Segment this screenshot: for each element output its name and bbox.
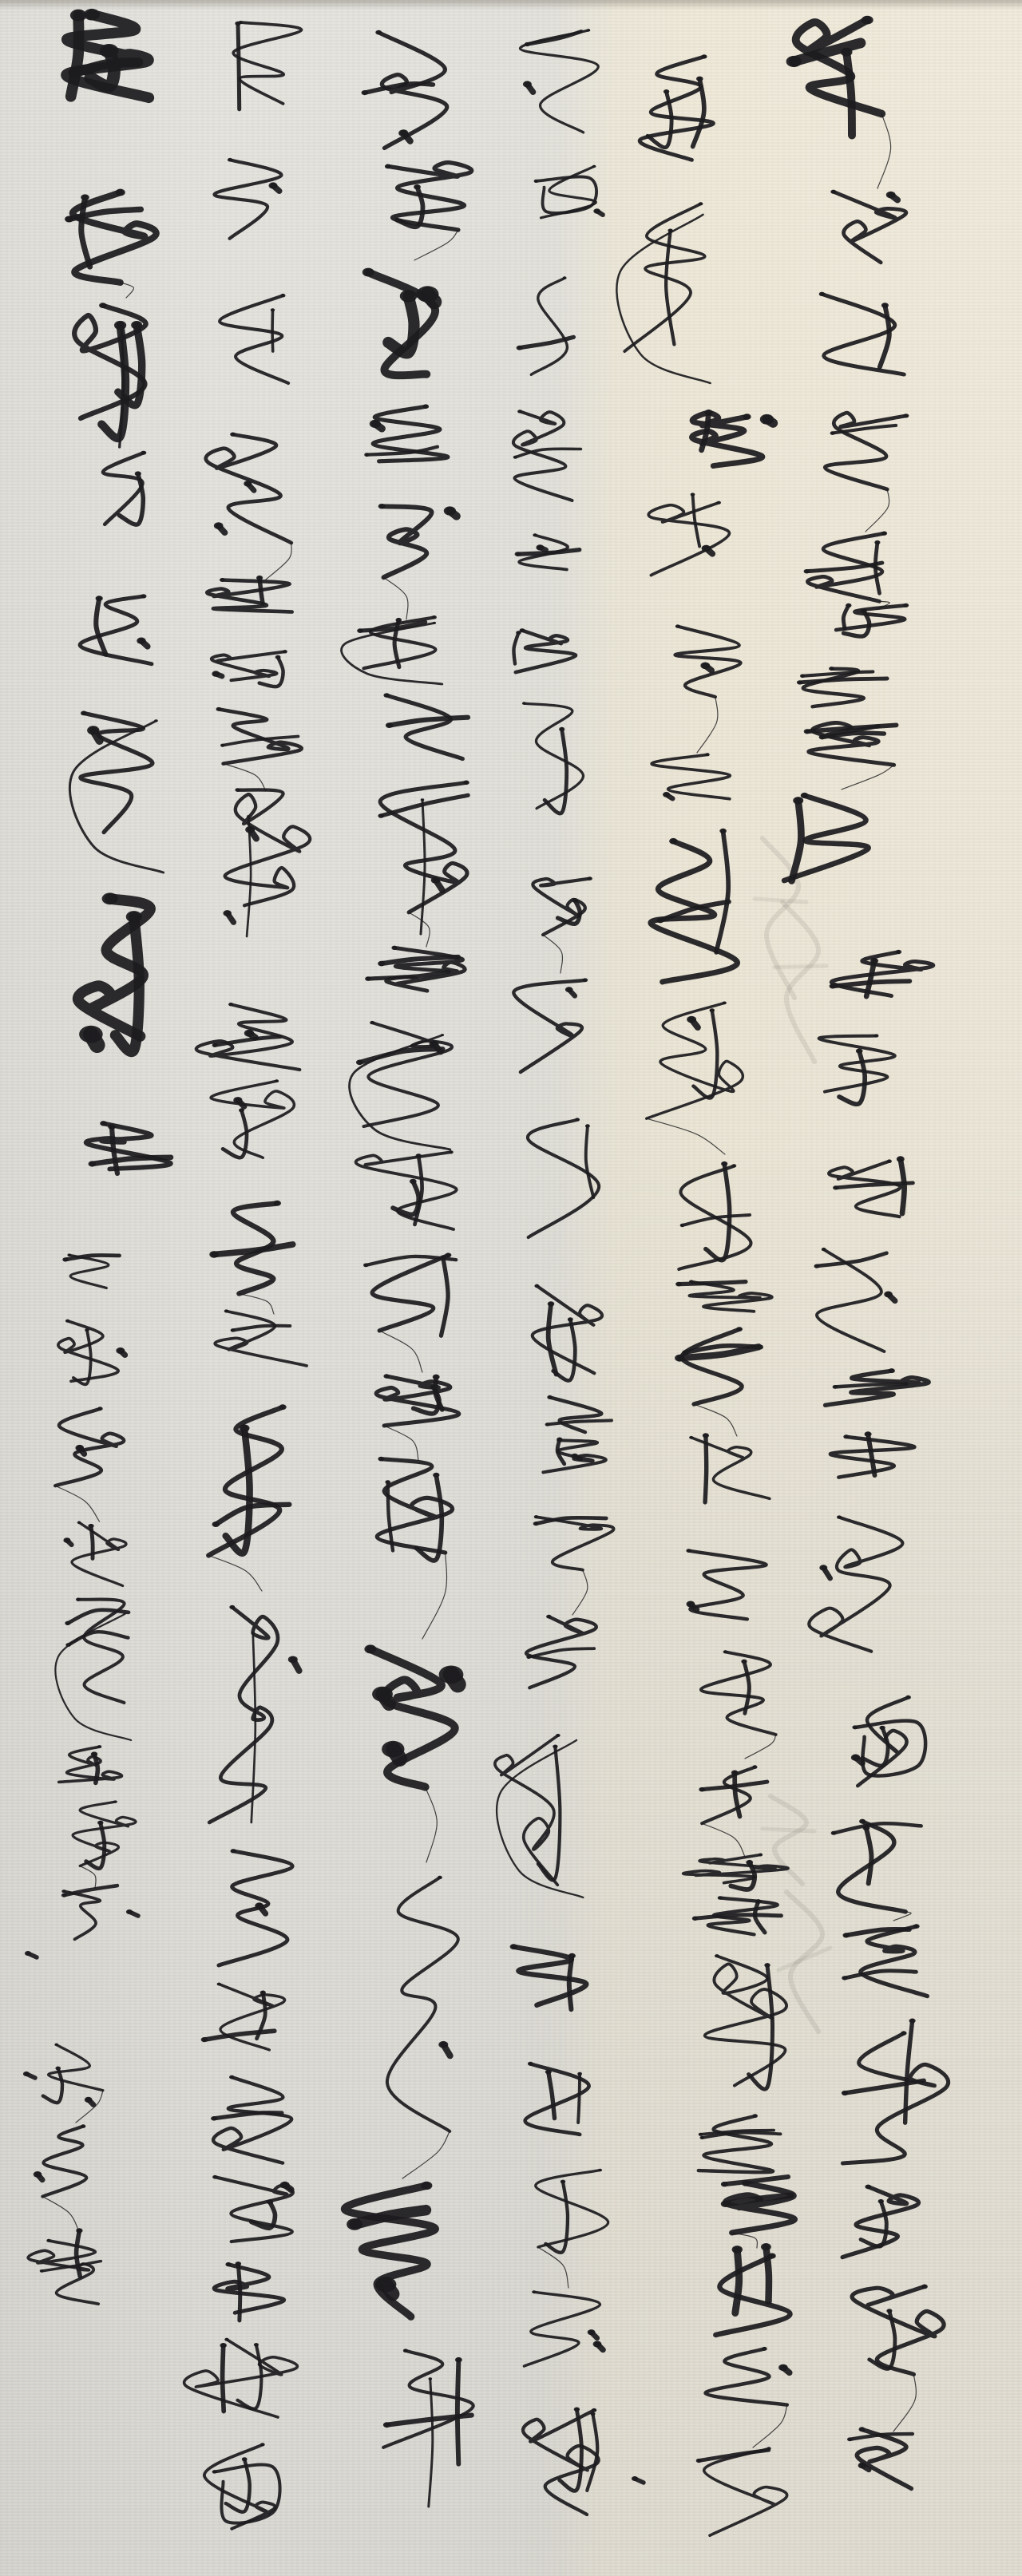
- poem-column-2: 碧透百舸争流鹰击长空鱼翔浅底万类霜天竞自由怅寥: [639, 48, 743, 2554]
- column-text: 方遒指点江山激扬文字粪土当年万户侯曾记否到: [204, 16, 307, 2530]
- poem-column-5: 方遒指点江山激扬文字粪土当年万户侯曾记否到: [204, 16, 307, 2538]
- brush-entry-blot: [25, 1951, 31, 1956]
- column-text: 廓问苍茫大地谁主沉浮携来百侣曾游忆往昔峥嵘: [504, 14, 607, 2511]
- brush-entry-blot: [746, 1860, 753, 1865]
- brush-entry-blot: [463, 781, 469, 785]
- brush-entry-blot: [759, 1854, 763, 1857]
- brush-entry-blot: [632, 2476, 638, 2481]
- column-text: 独立寒秋湘江北去橘子洲头看万山红遍层林尽染漫江: [799, 16, 902, 2495]
- poem-subtitle: 长沙: [56, 1517, 140, 1740]
- brush-entry-blot: [743, 414, 751, 420]
- brush-entry-blot: [909, 2019, 916, 2024]
- poem-author: 毛泽东: [56, 1743, 132, 1960]
- brush-entry-blot: [761, 2243, 771, 2250]
- brush-entry-blot: [762, 2347, 767, 2351]
- poem-column-3: 廓问苍茫大地谁主沉浮携来百侣曾游忆往昔峥嵘: [503, 14, 607, 2516]
- poem-column-1: 独立寒秋湘江北去橘子洲头看万山红遍层林尽染漫江: [798, 16, 902, 2499]
- brush-entry-blot: [903, 414, 909, 417]
- brush-entry-blot: [903, 603, 909, 607]
- brush-entry-blot: [764, 1963, 770, 1967]
- brush-entry-blot: [921, 2285, 928, 2289]
- ink-stroke: [766, 2247, 769, 2301]
- calligraphy-scroll: 独立寒秋湘江北去橘子洲头看万山红遍层林尽染漫江 碧透百舸争流鹰击长空鱼翔浅底万类…: [0, 0, 1022, 2576]
- brush-entry-blot: [913, 1924, 920, 1929]
- brush-entry-blot: [752, 1765, 757, 1769]
- brush-entry-blot: [778, 2364, 788, 2371]
- ink-stroke: [753, 2405, 787, 2447]
- author-text: 毛泽东: [63, 1743, 132, 1958]
- column-text: 岁月稠恰同学少年风华正茂书生意气挥斥: [360, 16, 463, 2502]
- subtitle-text: 长沙: [62, 1517, 140, 1740]
- poem-title: 沁园春: [56, 1251, 132, 1495]
- calligrapher-inscription: 怀伟书: [28, 2036, 112, 2310]
- brush-entry-blot: [905, 1696, 911, 1700]
- ink-stroke: [744, 1661, 749, 1713]
- poem-column-4: 岁月稠恰同学少年风华正茂书生意气挥斥: [359, 16, 463, 2507]
- brush-entry-blot: [752, 2114, 758, 2118]
- column-text: 中流击水浪遏飞舟: [61, 10, 164, 1198]
- brush-entry-blot: [755, 1899, 762, 1904]
- column-text: 碧透百舸争流鹰击长空鱼翔浅底万类霜天竞自由怅寥: [640, 48, 743, 2545]
- title-text: 沁园春: [63, 1251, 132, 1495]
- poem-column-6: 中流击水浪遏飞舟: [60, 10, 164, 1200]
- ink-stroke: [745, 1735, 776, 1759]
- inscription-text: 怀伟书: [34, 2036, 112, 2310]
- brush-entry-blot: [760, 414, 774, 425]
- ink-stroke: [763, 838, 798, 998]
